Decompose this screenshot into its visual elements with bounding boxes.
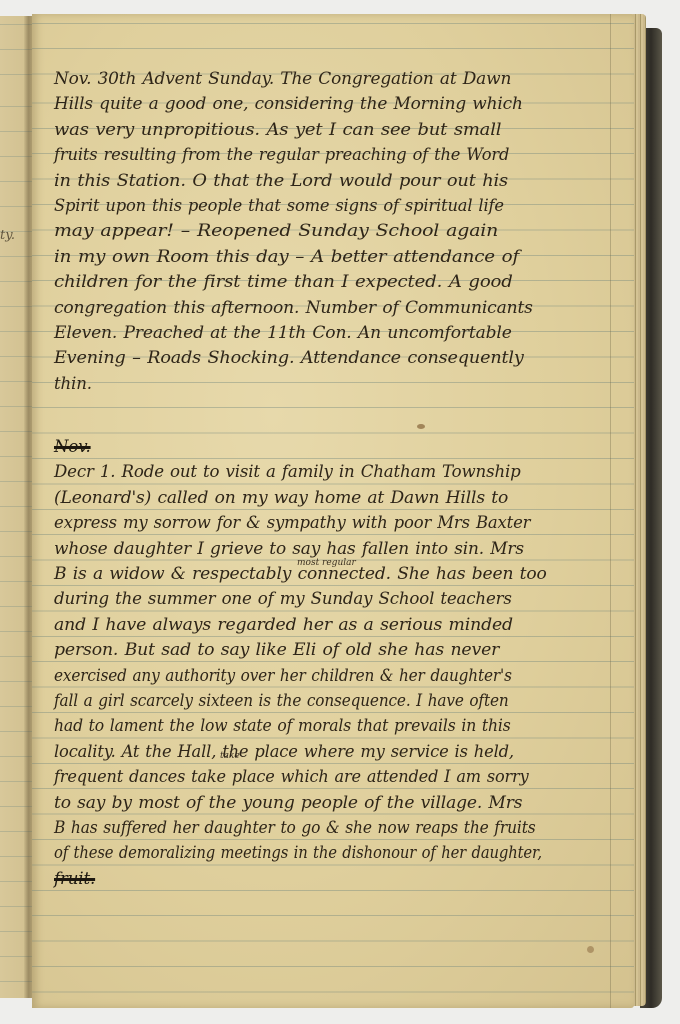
text-line: B is a widow & respectably connected. Sh… <box>54 561 649 586</box>
scanned-notebook: ty. most regular take Nov. 30th Advent S… <box>0 0 680 1024</box>
text-line: of these demoralizing meetings in the di… <box>54 840 568 865</box>
text-line: Nov. 30th Advent Sunday. The Congregatio… <box>54 66 644 91</box>
text-line: had to lament the low state of morals th… <box>54 713 597 738</box>
diary-entry-nov-30: Nov. 30th Advent Sunday. The Congregatio… <box>54 66 632 396</box>
diary-entry-dec-1: Decr 1. Rode out to visit a family in Ch… <box>54 459 632 891</box>
text-line: was very unpropitious. As yet I can see … <box>54 117 678 142</box>
text-line: may appear! – Reopened Sunday School aga… <box>54 218 680 243</box>
text-line: Eleven. Preached at the 11th Con. An unc… <box>54 320 649 345</box>
text-line: frequent dances take place which are att… <box>54 764 615 789</box>
text-line: congregation this afternoon. Number of C… <box>54 295 649 320</box>
text-line: express my sorrow for & sympathy with po… <box>54 510 626 535</box>
text-line: in my own Room this day – A better atten… <box>54 244 680 269</box>
diary-page: most regular take Nov. 30th Advent Sunda… <box>32 14 634 1008</box>
struck-word: fruit. <box>54 866 95 891</box>
text-line: (Leonard's) called on my way home at Daw… <box>54 485 649 510</box>
text-line: exercised any authority over her childre… <box>54 663 586 688</box>
text-line: Decr 1. Rode out to visit a family in Ch… <box>54 459 632 484</box>
text-line: during the summer one of my Sunday Schoo… <box>54 586 632 611</box>
handwritten-text: Nov. 30th Advent Sunday. The Congregatio… <box>54 66 632 891</box>
text-line: fruits resulting from the regular preach… <box>54 142 620 167</box>
ink-spot <box>587 946 594 953</box>
text-line: and I have always regarded her as a seri… <box>54 612 655 637</box>
text-line: locality. At the Hall, the place where m… <box>54 739 620 764</box>
text-line: thin. <box>54 371 632 396</box>
text-line: fall a girl scarcely sixteen is the cons… <box>54 688 586 713</box>
text-line: Evening – Roads Shocking. Attendance con… <box>54 345 667 370</box>
text-line: in this Station. O that the Lord would p… <box>54 168 672 193</box>
text-line: B has suffered her daughter to go & she … <box>54 815 592 840</box>
text-line: person. But sad to say like Eli of old s… <box>54 637 655 662</box>
text-line: to say by most of the young people of th… <box>54 790 649 815</box>
left-margin-fragment: ty. <box>0 228 15 243</box>
text-line: children for the first time than I expec… <box>54 269 680 294</box>
text-line: Hills quite a good one, considering the … <box>54 91 644 116</box>
text-line: Spirit upon this people that some signs … <box>54 193 620 218</box>
struck-heading: Nov. <box>54 434 632 459</box>
text-line: whose daughter I grieve to say has falle… <box>54 536 644 561</box>
